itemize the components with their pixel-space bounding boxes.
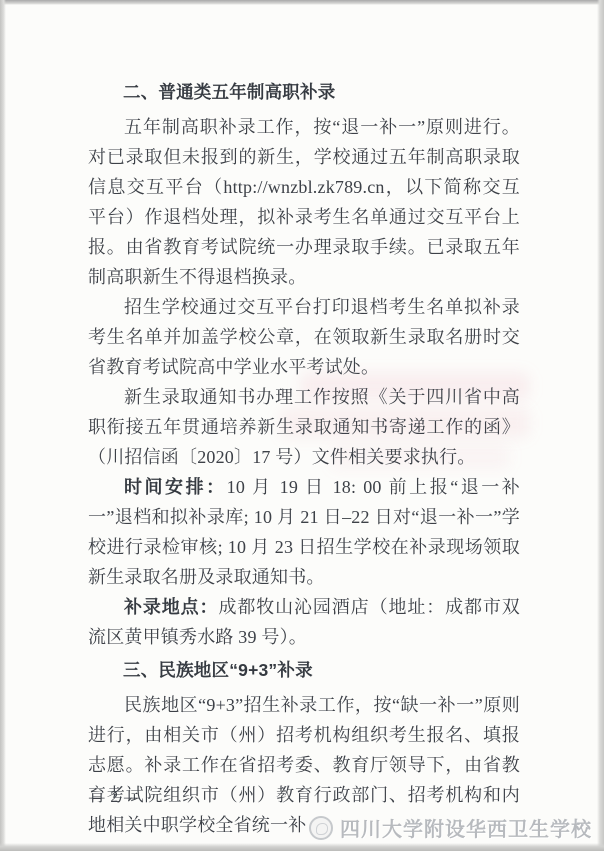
paragraph: 招生学校通过交互平台打印退档考生名单拟补录考生名单并加盖学校公章，在领取新生录取… (88, 292, 520, 382)
paragraph-bold-lead: 补录地点： (124, 597, 218, 617)
section-heading: 三、民族地区“9+3”补录 (88, 655, 520, 685)
paragraph: 时间安排：10 月 19 日 18: 00 前上报“退一补一”退档和拟补录库; … (88, 472, 520, 592)
school-watermark-text: 四川大学附设华西卫生学校 (340, 813, 592, 842)
paragraph-bold-lead: 时间安排： (124, 477, 227, 497)
scan-edge-left (0, 0, 6, 851)
paragraph: 五年制高职补录工作，按“退一补一”原则进行。对已录取但未报到的新生，学校通过五年… (88, 112, 520, 292)
section-heading: 二、普通类五年制高职补录 (88, 77, 520, 107)
page-footer: — 2 — 四川大学附设华西卫生学校 (0, 781, 604, 851)
paragraph: 补录地点：成都牧山沁园酒店（地址：成都市双流区黄甲镇秀水路 39 号）。 (88, 592, 520, 652)
scan-edge-top (0, 0, 604, 5)
school-watermark: 四川大学附设华西卫生学校 (309, 813, 592, 842)
school-logo-icon (309, 816, 333, 840)
scan-edge-right (597, 0, 604, 851)
paragraph: 新生录取通知书办理工作按照《关于四川省中高职衔接五年贯通培养新生录取通知书寄递工… (88, 382, 520, 472)
scanned-document-page: 二、普通类五年制高职补录五年制高职补录工作，按“退一补一”原则进行。对已录取但未… (0, 0, 604, 851)
page-number: — 2 — (89, 789, 141, 807)
document-body: 二、普通类五年制高职补录五年制高职补录工作，按“退一补一”原则进行。对已录取但未… (88, 74, 520, 840)
